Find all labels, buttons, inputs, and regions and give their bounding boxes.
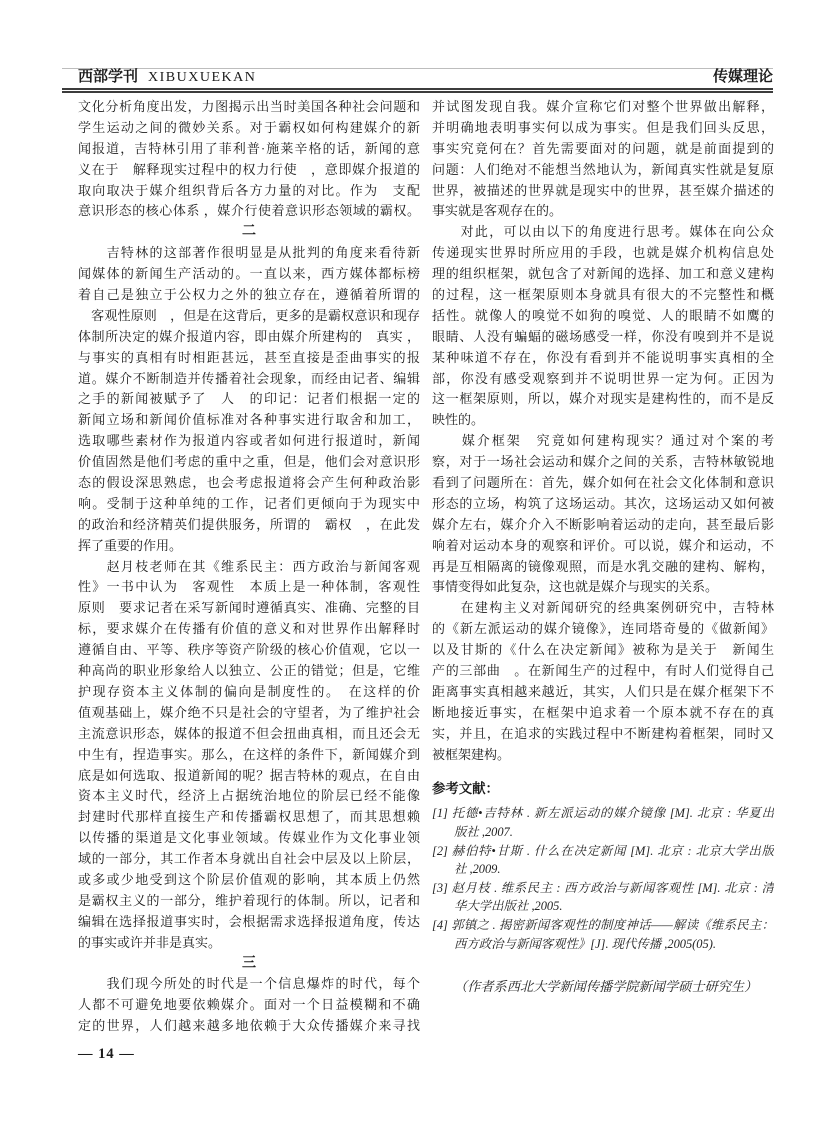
text-line: 断地接近事实，在框架中追求着一个原本就不存在的真 [432,703,774,724]
reference-item: [4] 郭镇之 . 揭密新闻客观性的制度神话——解读《维系民主： [432,916,774,935]
text-line: 或多或少地受到这个阶层价值观的影响，其本质上仍然 [78,870,420,891]
text-line: 响着对运动本身的观察和评价。可以说，媒介和运动，不 [432,536,774,557]
text-line: 主流意识形态，媒体的报道不但会扭曲真相，而且还会无 [78,724,420,745]
text-line: 遵循自由、平等、秩序等资产阶级的核心价值观，它以一 [78,640,420,661]
text-line: 以及甘斯的《什么在决定新闻》被称为是关于 新闻生 [432,640,774,661]
text-line: 资本主义时代，经济上占据统治地位的阶层已经不能像 [78,786,420,807]
text-line: 并试图发现自我。媒介宣称它们对整个世界做出解释， [432,97,774,118]
right-column: 并试图发现自我。媒介宣称它们对整个世界做出解释，并明确地表明事实何以成为事实。但… [432,97,774,1037]
text-line: 编辑在选择报道事实时，会根据需求选择报道角度，传达 [78,912,420,933]
section-marker: 三 [78,954,420,975]
journal-title-en: XIBUXUEKAN [148,70,256,85]
text-line: 的过程，这一框架原则本身就具有很大的不完整性和概 [432,285,774,306]
text-line: 事实就是客观存在的。 [432,201,774,222]
text-line: 看到了问题所在：首先，媒介如何在社会文化体制和意识 [432,473,774,494]
text-line: 中生有，捏造事实。那么，在这样的条件下，新闻媒介到 [78,745,420,766]
text-line: 在建构主义对新闻研究的经典案例研究中，吉特林 [432,598,774,619]
left-column: 文化分析角度出发，力图揭示出当时美国各种社会问题和学生运动之间的微妙关系。对于霸… [78,97,420,1037]
text-line: 部，你没有感受观察到并不说明世界一定为何。正因为 [432,369,774,390]
article-body: 文化分析角度出发，力图揭示出当时美国各种社会问题和学生运动之间的微妙关系。对于霸… [78,97,774,1037]
text-line: 闻报道，吉特林引用了菲利普·施莱辛格的话，新闻的意 [78,139,420,160]
text-line: 这一框架原则，所以，媒介对现实是建构性的，而不是反 [432,389,774,410]
text-line: 吉特林的这部著作很明显是从批判的角度来看待新 [78,243,420,264]
text-line: 值观基础上，媒介绝不只是社会的守望者，为了维护社会 [78,703,420,724]
text-line: 形态的立场，构筑了这场运动。其次，这场运动又如何被 [432,494,774,515]
page-header: 西部学刊XIBUXUEKAN 传媒理论 [62,69,773,93]
text-line: 原则 要求记者在采写新闻时遵循真实、准确、完整的目 [78,598,420,619]
journal-page: 西部学刊XIBUXUEKAN 传媒理论 文化分析角度出发，力图揭示出当时美国各种… [0,0,833,1123]
reference-item-continuation: 社 ,2009. [432,860,774,879]
text-line: 事情变得如此复杂，这也就是媒介与现实的关系。 [432,577,774,598]
text-line: 眼睛、人没有蝙蝠的磁场感受一样，你没有嗅到并不是说 [432,327,774,348]
text-line: 道。媒介不断制造并传播着社会现象，而经由记者、编辑 [78,369,420,390]
journal-title-cn: 西部学刊 [78,69,138,85]
text-line: 义在于 解释现实过程中的权力行使 ，意即媒介报道的 [78,160,420,181]
text-line: 并明确地表明事实何以成为事实。但是我们回头反思， [432,118,774,139]
text-line: 封建时代那样直接生产和传播霸权思想了，而其思想赖 [78,807,420,828]
text-line: 媒介框架 究竟如何建构现实？通过对个案的考 [432,431,774,452]
text-line: 赵月枝老师在其《维系民主：西方政治与新闻客观 [78,557,420,578]
text-line: 我们现今所处的时代是一个信息爆炸的时代，每个 [78,974,420,995]
text-line: 域的一部分，其工作者本身就出自社会中层及以上阶层， [78,849,420,870]
text-line: 定的世界，人们越来越多地依赖于大众传播媒介来寻找 [78,1016,420,1037]
text-line: 对此，可以由以下的角度进行思考。媒体在向公众 [432,222,774,243]
text-line: 标，要求媒介在传播有价值的意义和对世界作出解释时 [78,619,420,640]
reference-item: [1] 托德•吉特林 . 新左派运动的媒介镜像 [M]. 北京 : 华夏出 [432,804,774,823]
reference-item: [3] 赵月枝 . 维系民主 : 西方政治与新闻客观性 [M]. 北京 : 清 [432,879,774,898]
section-marker: 二 [78,222,420,243]
author-note: （作者系西北大学新闻传播学院新闻学硕士研究生） [432,977,774,998]
text-line: 距离事实真相越来越近，其实，人们只是在媒介框架下不 [432,682,774,703]
text-line: 传递现实世界时所应用的手段，也就是媒介机构信息处 [432,243,774,264]
text-line: 的事实或许并非是真实。 [78,933,420,954]
text-line: 的政治和经济精英们提供服务，所谓的 霸权 ，在此发 [78,515,420,536]
text-line: 护现存资本主义体制的偏向是制度性的。 在这样的价 [78,682,420,703]
text-line: 客观性原则 ，但是在这背后，更多的是霸权意识和现存 [78,306,420,327]
reference-item-continuation: 西方政治与新闻客观性》[J]. 现代传播 ,2005(05). [432,935,774,954]
text-line: 事实究竟何在？首先需要面对的问题，就是前面提到的 [432,139,774,160]
text-line: 挥了重要的作用。 [78,536,420,557]
text-line: 理的组织框架，就包含了对新闻的选择、加工和意义建构 [432,264,774,285]
text-line: 某种味道不存在，你没有看到并不能说明事实真相的全 [432,348,774,369]
text-line: 的《新左派运动的媒介镜像》，连同塔奇曼的《做新闻》 [432,619,774,640]
text-line: 之手的新闻被赋予了 人 的印记：记者们根据一定的 [78,389,420,410]
text-line: 取向取决于媒介组织背后各方力量的对比。作为 支配 [78,181,420,202]
text-line: 实，并且，在追求的实践过程中不断建构着框架，同时又 [432,724,774,745]
text-line: 闻媒体的新闻生产活动的。一直以来，西方媒体都标榜 [78,264,420,285]
column-section-label: 传媒理论 [713,65,773,86]
text-line: 响。受制于这种单纯的工作，记者们更倾向于为现实中 [78,494,420,515]
text-line: 选取哪些素材作为报道内容或者如何进行报道时，新闻 [78,431,420,452]
text-line: 与事实的真相有时相距甚远，甚至直接是歪曲事实的报 [78,348,420,369]
text-line: 以传播的渠道是文化事业领域。传媒业作为文化事业领 [78,828,420,849]
journal-title: 西部学刊XIBUXUEKAN [62,65,256,86]
text-line: 问题：人们绝对不能想当然地认为，新闻真实性就是复原 [432,160,774,181]
text-line: 种高尚的职业形象给人以独立、公正的错觉；但是，它维 [78,661,420,682]
text-line: 世界，被描述的世界就是现实中的世界，甚至媒介描述的 [432,181,774,202]
page-number: — 14 — [78,1046,135,1063]
references-heading: 参考文献： [432,779,774,800]
text-line: 再是互相隔离的镜像观照，而是水乳交融的建构、解构， [432,557,774,578]
text-line: 价值固然是他们考虑的重中之重，但是，他们会对意识形 [78,452,420,473]
text-line: 底是如何选取、报道新闻的呢？据吉特林的观点，在自由 [78,766,420,787]
text-line: 学生运动之间的微妙关系。对于霸权如何构建媒介的新 [78,118,420,139]
text-line: 是霸权主义的一部分，维护着现行的体制。所以，记者和 [78,891,420,912]
text-line: 意识形态的核心体系 ，媒介行使着意识形态领域的霸权。 [78,201,420,222]
reference-item: [2] 赫伯特•甘斯 . 什么在决定新闻 [M]. 北京 : 北京大学出版 [432,842,774,861]
text-line: 态的假设深思熟虑，也会考虑报道将会产生何种政治影 [78,473,420,494]
text-line: 映性的。 [432,410,774,431]
text-line: 括性。就像人的嗅觉不如狗的嗅觉、人的眼睛不如鹰的 [432,306,774,327]
text-line: 媒介左右，媒介介入不断影响着运动的走向，甚至最后影 [432,515,774,536]
text-line: 文化分析角度出发，力图揭示出当时美国各种社会问题和 [78,97,420,118]
text-line: 被框架建构。 [432,745,774,766]
text-line: 察，对于一场社会运动和媒介之间的关系，吉特林敏锐地 [432,452,774,473]
text-line: 人都不可避免地要依赖媒介。面对一个日益模糊和不确 [78,995,420,1016]
reference-item-continuation: 版社 ,2007. [432,823,774,842]
reference-item-continuation: 华大学出版社 ,2005. [432,897,774,916]
text-line: 新闻立场和新闻价值标准对各种事实进行取舍和加工， [78,410,420,431]
text-line: 体制所决定的媒介报道内容，即由媒介所建构的 真实 ， [78,327,420,348]
text-line: 产的三部曲 。在新闻生产的过程中，有时人们觉得自己 [432,661,774,682]
text-line: 着自己是独立于公权力之外的独立存在，遵循着所谓的 [78,285,420,306]
text-line: 性》一书中认为 客观性 本质上是一种体制，客观性 [78,577,420,598]
